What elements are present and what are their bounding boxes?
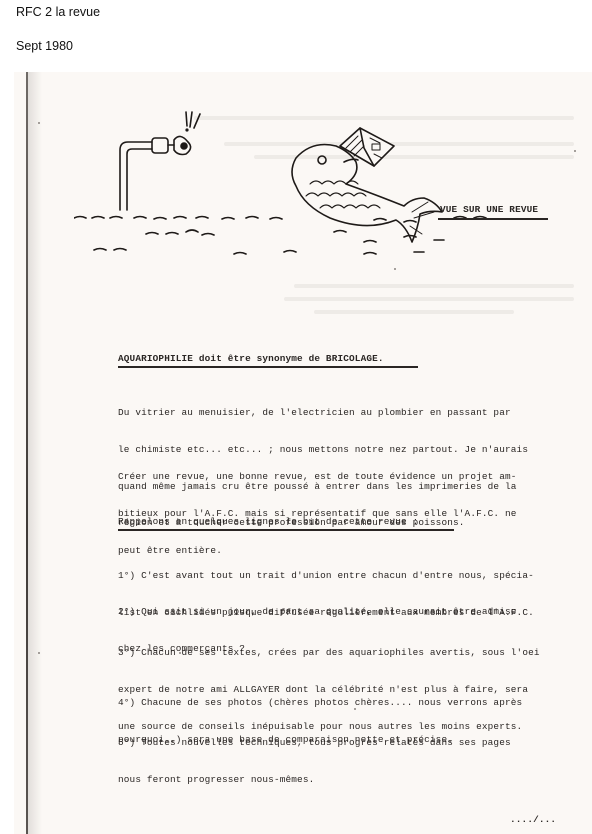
show-through-line bbox=[284, 297, 574, 301]
text-line: 1°) C'est avant tout un trait d'union en… bbox=[118, 570, 534, 582]
text-line: Du vitrier au menuisier, de l'electricie… bbox=[118, 407, 528, 419]
heading-underline bbox=[118, 366, 418, 368]
text-line: nous feront progresser nous-mêmes. bbox=[118, 774, 511, 786]
text-line: 5°) Toutes nouvelles techniques, tous pr… bbox=[118, 737, 511, 749]
text-line: Créer une revue, une bonne revue, est de… bbox=[118, 471, 517, 483]
scan-speck bbox=[179, 652, 181, 654]
binding-shadow bbox=[28, 72, 42, 834]
scan-speck bbox=[354, 708, 356, 710]
point-5: 5°) Toutes nouvelles techniques, tous pr… bbox=[118, 713, 511, 811]
text-line: 3°) Chacun de ses textes, crées par des … bbox=[118, 647, 540, 659]
continuation-mark: ..../... bbox=[510, 814, 556, 826]
article-heading: AQUARIOPHILIE doit être synonyme de BRIC… bbox=[118, 353, 384, 365]
text-line: 4°) Chacune de ses photos (chères photos… bbox=[118, 697, 522, 709]
document-title: RFC 2 la revue bbox=[16, 5, 100, 19]
scanned-page: VUE SUR UNE REVUE AQUARIOPHILIE doit êtr… bbox=[14, 72, 592, 834]
show-through-line bbox=[294, 284, 574, 288]
section-title: VUE SUR UNE REVUE bbox=[440, 204, 538, 216]
subheading: Rappelons en quelques lignes le but de c… bbox=[118, 516, 418, 528]
scan-speck bbox=[574, 150, 576, 152]
illustration-periscope-fish bbox=[74, 102, 534, 282]
scan-speck bbox=[394, 268, 396, 270]
subheading-underline bbox=[118, 529, 454, 531]
section-title-underline bbox=[438, 218, 548, 220]
text-line: 2°) Qui sait si un jour, de part sa qual… bbox=[118, 606, 517, 618]
scan-speck bbox=[38, 652, 40, 654]
show-through-line bbox=[314, 310, 514, 314]
scan-speck bbox=[38, 122, 40, 124]
document-date: Sept 1980 bbox=[16, 39, 73, 53]
